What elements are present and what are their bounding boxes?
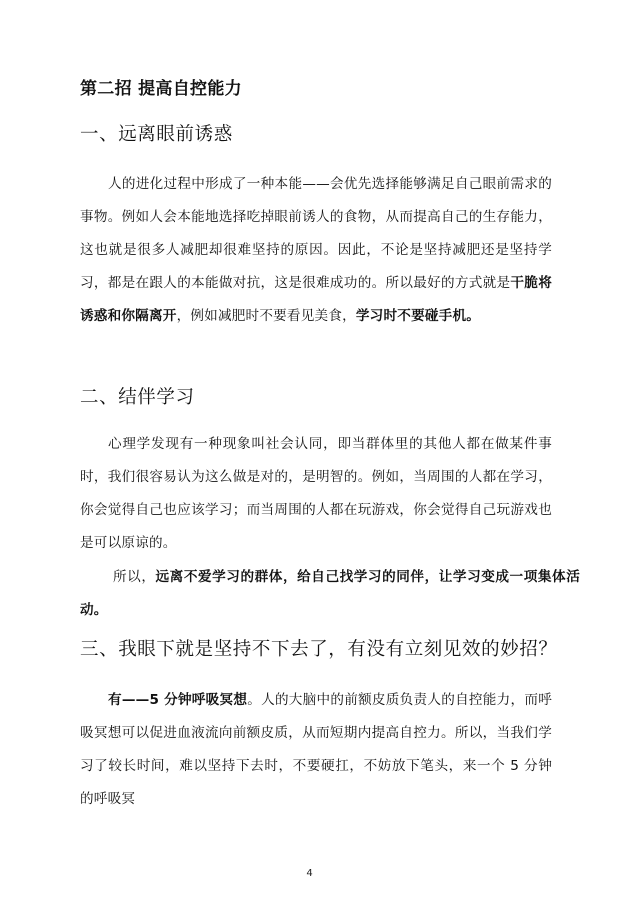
text-run-bold: 学习时不要碰手机。 [356,308,480,324]
paragraph-self-control-temptation: 人的进化过程中形成了一种本能——会优先选择能够满足自己眼前需求的事物。例如人会本… [80,168,552,333]
paragraph-social-proof: 心理学发现有一种现象叫社会认同，即当群体里的其他人都在做某件事时，我们很容易认为… [80,428,552,560]
paragraph-breathing-meditation: 有——5 分钟呼吸冥想。人的大脑中的前额皮质负责人的自控能力，而呼吸冥想可以促进… [80,684,552,816]
paragraph-study-partners: 所以，远离不爱学习的群体，给自己找学习的同伴，让学习变成一项集体活动。 [80,561,580,627]
page-title: 第二招 提高自控能力 [80,74,242,99]
page-number: 4 [0,868,619,879]
text-run-bold: 有——5 分钟呼吸冥想 [108,692,247,708]
section-heading-3: 三、我眼下就是坚持不下去了，有没有立刻见效的妙招？ [80,635,558,661]
section-heading-2: 二、结伴学习 [80,383,195,409]
text-run: 。人的大脑中的前额皮质负责人的自控能力，而呼吸冥想可以促进血液流向前额皮质，从而… [80,692,552,807]
text-run: 心理学发现有一种现象叫社会认同，即当群体里的其他人都在做某件事时，我们很容易认为… [80,436,552,551]
text-run: 人的进化过程中形成了一种本能——会优先选择能够满足自己眼前需求的事物。例如人会本… [80,176,552,291]
text-run-bold: 远离不爱学习的群体，给自己找学习的同伴，让学习变成一项集体活动。 [80,569,580,618]
section-heading-1: 一、远离眼前诱惑 [80,120,233,146]
text-run: 所以， [113,569,156,585]
text-run: ，例如减肥时不要看见美食， [177,308,356,324]
